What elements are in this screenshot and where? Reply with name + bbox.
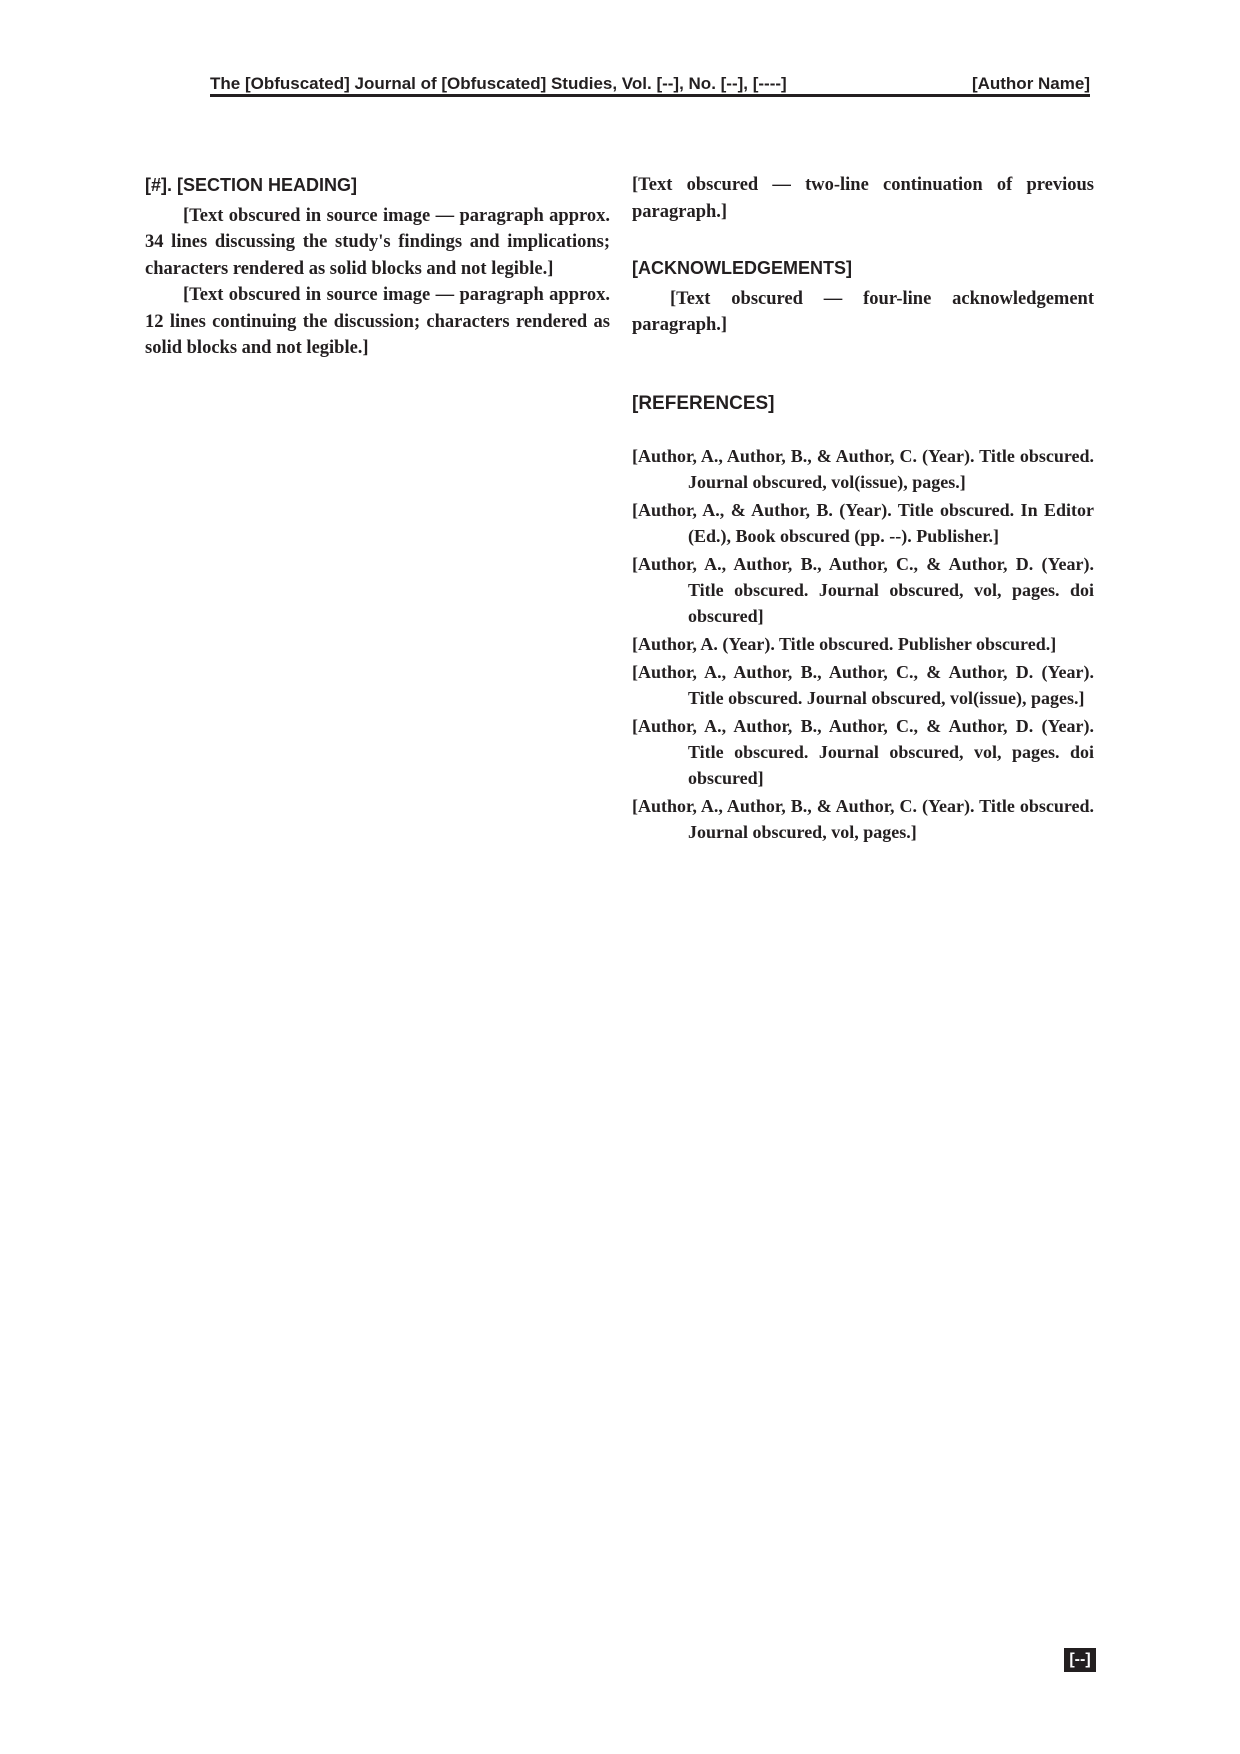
reference-item: [Author, A., Author, B., & Author, C. (Y…: [632, 793, 1094, 845]
reference-item: [Author, A., Author, B., & Author, C. (Y…: [632, 443, 1094, 495]
running-title: The [Obfuscated] Journal of [Obfuscated]…: [210, 74, 787, 94]
references-heading: [REFERENCES]: [632, 391, 1094, 418]
reference-item: [Author, A., Author, B., Author, C., & A…: [632, 551, 1094, 629]
acknowledgement-heading: [ACKNOWLEDGEMENTS]: [632, 255, 1094, 282]
reference-item: [Author, A., Author, B., Author, C., & A…: [632, 713, 1094, 791]
body-paragraph: [Text obscured in source image — paragra…: [145, 203, 610, 283]
acknowledgement-text: [Text obscured — four-line acknowledgeme…: [632, 286, 1094, 339]
page-number: [--]: [1064, 1648, 1096, 1672]
section-heading: [#]. [SECTION HEADING]: [145, 172, 610, 199]
body-paragraph-continuation: [Text obscured — two-line continuation o…: [632, 172, 1094, 225]
left-column: [#]. [SECTION HEADING] [Text obscured in…: [145, 172, 610, 362]
right-column: [Text obscured — two-line continuation o…: [632, 172, 1094, 847]
reference-item: [Author, A., Author, B., Author, C., & A…: [632, 659, 1094, 711]
reference-item: [Author, A., & Author, B. (Year). Title …: [632, 497, 1094, 549]
running-header: The [Obfuscated] Journal of [Obfuscated]…: [210, 72, 1090, 97]
running-author: [Author Name]: [972, 74, 1090, 94]
references-list: [Author, A., Author, B., & Author, C. (Y…: [632, 443, 1094, 845]
reference-item: [Author, A. (Year). Title obscured. Publ…: [632, 631, 1094, 657]
body-paragraph: [Text obscured in source image — paragra…: [145, 282, 610, 362]
